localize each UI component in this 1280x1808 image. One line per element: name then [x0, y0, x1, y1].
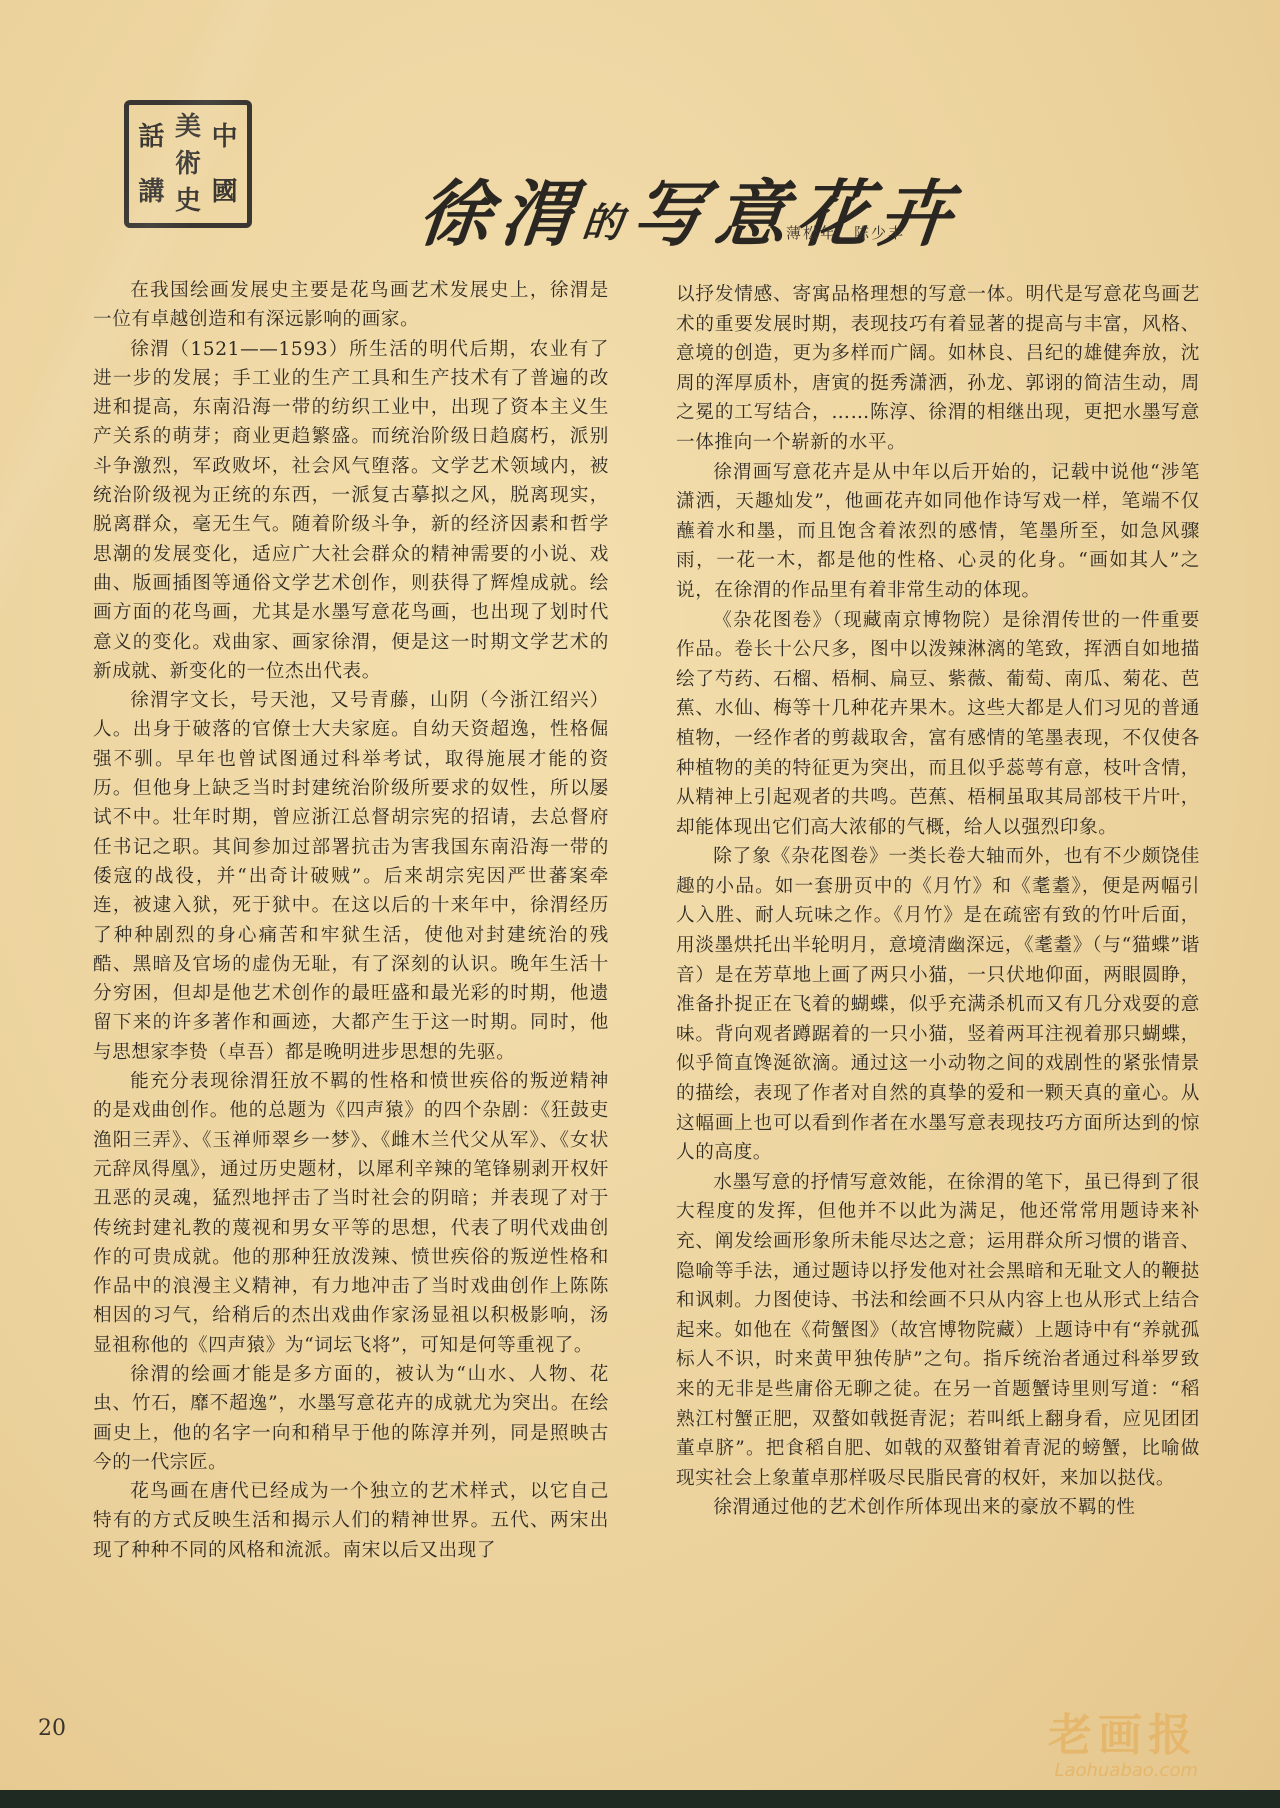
- article-paragraph: 除了象《杂花图卷》一类长卷大轴而外，也有不少颇饶佳趣的小品。如一套册页中的《月竹…: [676, 842, 1200, 1168]
- title-part-subject: 写意花卉: [629, 171, 966, 256]
- article-paragraph: 水墨写意的抒情写意效能，在徐渭的笔下，虽已得到了很大程度的发挥，但他并不以此为满…: [676, 1168, 1200, 1494]
- watermark-logo-text: 老画报: [960, 1712, 1198, 1760]
- article-paragraph: 徐渭的绘画才能是多方面的，被认为“山水、人物、花虫、竹石，靡不超逸”，水墨写意花…: [93, 1360, 609, 1477]
- article-paragraph: 徐渭字文长，号天池，又号青藤，山阴（今浙江绍兴）人。出身于破落的官僚士大夫家庭。…: [93, 686, 609, 1067]
- seal-stamp-logo: 中 國 美 術 史 話 講: [124, 100, 252, 228]
- right-text-column: 以抒发情感、寄寓品格理想的写意一体。明代是写意花鸟画艺术的重要发展时期，表现技巧…: [676, 280, 1200, 1523]
- page-number: 20: [38, 1716, 66, 1741]
- article-paragraph: 徐渭通过他的艺术创作所体现出来的豪放不羁的性: [676, 1493, 1200, 1523]
- seal-column-3: 話 講: [133, 109, 170, 219]
- magazine-page: 中 國 美 術 史 話 講 徐渭的写意花卉 薄松年、陈少丰 在我国绘画发展史主要…: [0, 0, 1280, 1790]
- title-particle: 的: [580, 200, 635, 247]
- article-paragraph: 在我国绘画发展史主要是花鸟画艺术发展史上，徐渭是一位有卓越创造和有深远影响的画家…: [93, 276, 609, 335]
- title-part-name: 徐渭: [415, 171, 588, 256]
- seal-glyph: 講: [138, 179, 164, 205]
- article-paragraph: 花鸟画在唐代已经成为一个独立的艺术样式，以它自己特有的方式反映生活和揭示人们的精…: [93, 1477, 609, 1565]
- watermark-url: Laohuabao.com: [960, 1760, 1198, 1782]
- seal-glyph: 中: [212, 124, 238, 150]
- article-paragraph: 徐渭（1521——1593）所生活的明代后期，农业有了进一步的发展；手工业的生产…: [93, 335, 609, 687]
- seal-column-2: 美 術 史: [170, 109, 207, 219]
- seal-glyph: 術: [175, 151, 201, 177]
- article-title: 徐渭的写意花卉: [415, 156, 968, 260]
- seal-glyph: 國: [212, 179, 238, 205]
- left-text-column: 在我国绘画发展史主要是花鸟画艺术发展史上，徐渭是一位有卓越创造和有深远影响的画家…: [93, 276, 609, 1565]
- seal-glyph: 話: [138, 124, 164, 150]
- article-paragraph: 《杂花图卷》（现藏南京博物院）是徐渭传世的一件重要作品。卷长十公尺多，图中以泼辣…: [676, 606, 1200, 843]
- article-paragraph: 能充分表现徐渭狂放不羁的性格和愤世疾俗的叛逆精神的是戏曲创作。他的总题为《四声猿…: [93, 1067, 609, 1360]
- seal-glyph: 史: [175, 188, 201, 214]
- watermark: 老画报 Laohuabao.com: [960, 1712, 1198, 1782]
- article-paragraph: 徐渭画写意花卉是从中年以后开始的，记载中说他“涉笔潇洒，天趣灿发”，他画花卉如同…: [676, 458, 1200, 606]
- article-author: 薄松年、陈少丰: [786, 222, 905, 243]
- seal-glyph: 美: [175, 114, 201, 140]
- seal-column-1: 中 國: [206, 109, 243, 219]
- article-paragraph: 以抒发情感、寄寓品格理想的写意一体。明代是写意花鸟画艺术的重要发展时期，表现技巧…: [676, 280, 1200, 458]
